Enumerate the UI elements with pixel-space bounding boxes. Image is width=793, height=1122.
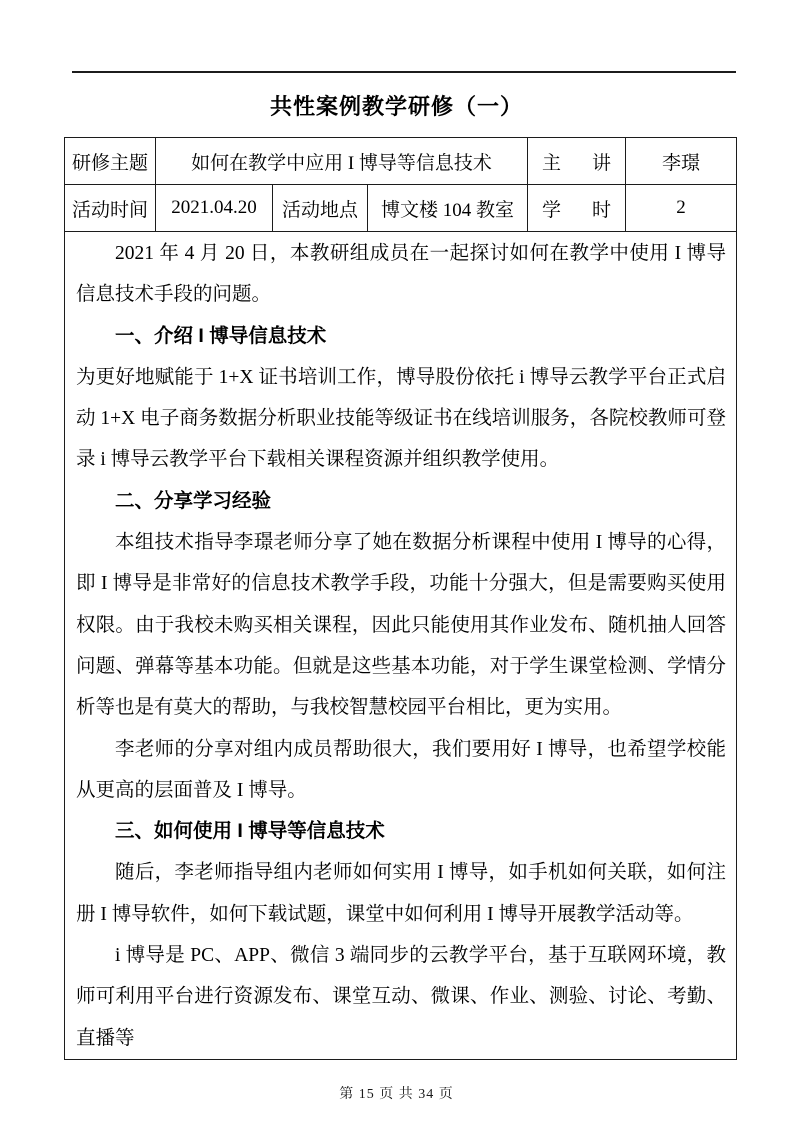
time-value: 2021.04.20 [156,185,273,232]
speaker-label: 主讲 [528,138,626,185]
header-divider [72,71,736,73]
body-paragraph-section2-a: 本组技术指导李璟老师分享了她在数据分析课程中使用 I 博导的心得，即 I 博导是… [76,522,726,728]
topic-label: 研修主题 [65,138,156,185]
section-heading-1: 一、介绍 I 博导信息技术 [76,316,726,357]
research-info-table: 研修主题 如何在教学中应用 I 博导等信息技术 主讲 李璟 活动时间 2021.… [64,137,737,1060]
table-row-topic: 研修主题 如何在教学中应用 I 博导等信息技术 主讲 李璟 [65,138,737,185]
page-title: 共性案例教学研修（一） [0,92,793,122]
body-paragraph-section3-b: i 博导是 PC、APP、微信 3 端同步的云教学平台，基于互联网环境，教师可利… [76,935,726,1059]
hours-label: 学时 [528,185,626,232]
table-row-body: 2021 年 4 月 20 日，本教研组成员在一起探讨如何在教学中使用 I 博导… [65,232,737,1060]
hours-value: 2 [626,185,737,232]
place-label: 活动地点 [273,185,368,232]
table-row-activity: 活动时间 2021.04.20 活动地点 博文楼 104 教室 学时 2 [65,185,737,232]
meeting-record-body: 2021 年 4 月 20 日，本教研组成员在一起探讨如何在教学中使用 I 博导… [65,232,737,1060]
page-number-footer: 第 15 页 共 34 页 [0,1083,793,1103]
place-value: 博文楼 104 教室 [368,185,528,232]
section-heading-3: 三、如何使用 I 博导等信息技术 [76,811,726,852]
body-paragraph-section1: 为更好地赋能于 1+X 证书培训工作，博导股份依托 i 博导云教学平台正式启动 … [76,357,726,481]
body-paragraph-section2-b: 李老师的分享对组内成员帮助很大，我们要用好 I 博导，也希望学校能从更高的层面普… [76,729,726,812]
topic-value: 如何在教学中应用 I 博导等信息技术 [156,138,528,185]
body-paragraph-intro: 2021 年 4 月 20 日，本教研组成员在一起探讨如何在教学中使用 I 博导… [76,233,726,316]
time-label: 活动时间 [65,185,156,232]
section-heading-2: 二、分享学习经验 [76,481,726,522]
speaker-value: 李璟 [626,138,737,185]
body-paragraph-section3-a: 随后，李老师指导组内老师如何实用 I 博导，如手机如何关联，如何注册 I 博导软… [76,852,726,935]
